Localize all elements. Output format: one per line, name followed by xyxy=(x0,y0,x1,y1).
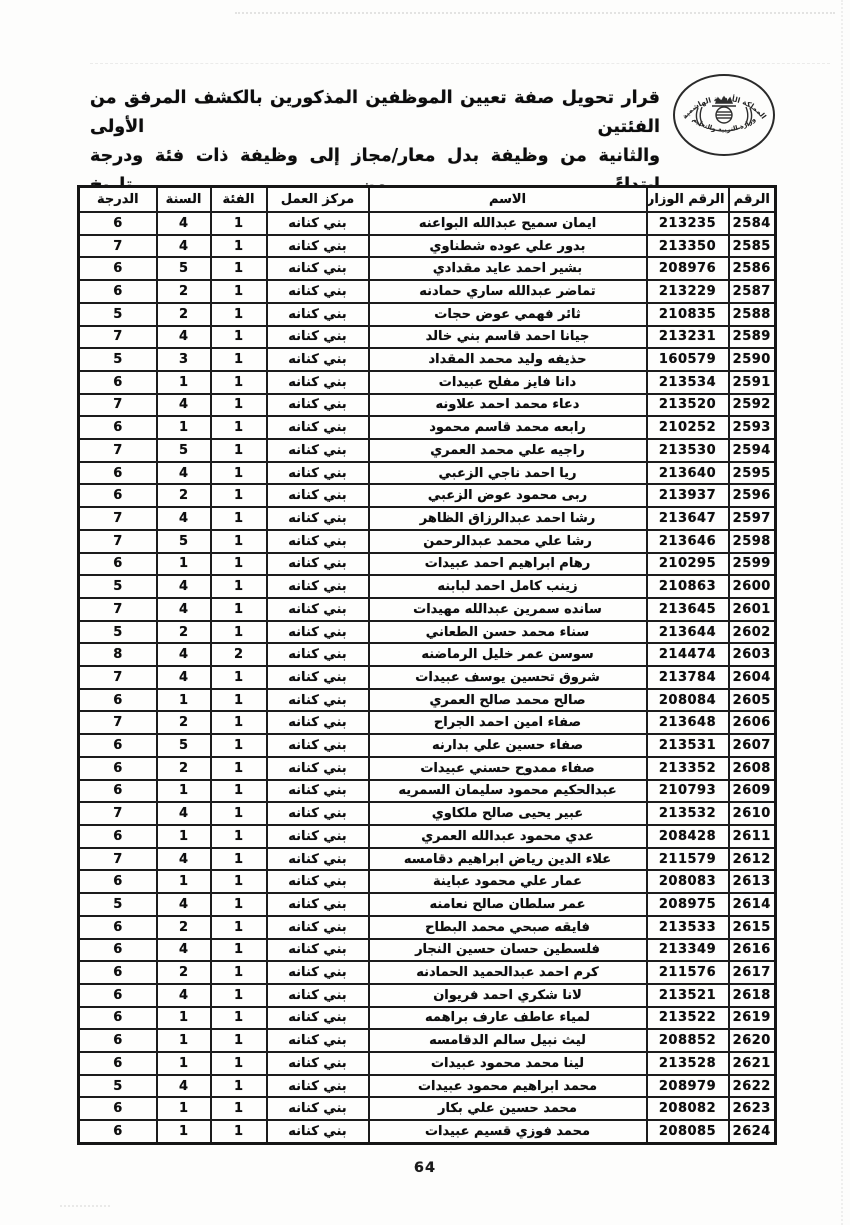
cell-name: محمد حسين علي بكار xyxy=(369,1097,647,1120)
cell-year: 4 xyxy=(157,462,211,485)
cell-ministry-number: 214474 xyxy=(647,643,729,666)
cell-grade: 6 xyxy=(79,462,157,485)
cell-name: ربى محمود عوض الزعبي xyxy=(369,484,647,507)
cell-ministry-number: 213235 xyxy=(647,212,729,235)
cell-name: رشا احمد عبدالرزاق الظاهر xyxy=(369,507,647,530)
cell-name: صفاء حسين علي بدارنه xyxy=(369,734,647,757)
cell-work-center: بني كنانه xyxy=(267,212,369,235)
cell-name: محمد ابراهيم محمود عبيدات xyxy=(369,1075,647,1098)
cell-name: دانا فايز مفلح عبيدات xyxy=(369,371,647,394)
cell-work-center: بني كنانه xyxy=(267,280,369,303)
cell-ministry-number: 210252 xyxy=(647,416,729,439)
cell-number: 2621 xyxy=(729,1052,776,1075)
cell-category: 1 xyxy=(211,939,267,962)
cell-work-center: بني كنانه xyxy=(267,984,369,1007)
cell-name: سوسن عمر خليل الرماضنه xyxy=(369,643,647,666)
cell-year: 4 xyxy=(157,802,211,825)
cell-work-center: بني كنانه xyxy=(267,825,369,848)
cell-work-center: بني كنانه xyxy=(267,416,369,439)
cell-year: 2 xyxy=(157,961,211,984)
cell-work-center: بني كنانه xyxy=(267,575,369,598)
cell-grade: 7 xyxy=(79,235,157,258)
decision-header-line1: قرار تحويل صفة تعيين الموظفين المذكورين … xyxy=(90,84,660,142)
cell-ministry-number: 213521 xyxy=(647,984,729,1007)
cell-number: 2599 xyxy=(729,553,776,576)
cell-grade: 6 xyxy=(79,553,157,576)
cell-ministry-number: 213528 xyxy=(647,1052,729,1075)
cell-name: ريا احمد ناجي الزعبي xyxy=(369,462,647,485)
cell-work-center: بني كنانه xyxy=(267,326,369,349)
cell-category: 2 xyxy=(211,643,267,666)
cell-number: 2598 xyxy=(729,530,776,553)
cell-ministry-number: 213645 xyxy=(647,598,729,621)
table-row: 2618213521لانا شكري احمد فريوانبني كنانه… xyxy=(79,984,776,1007)
table-row: 2604213784شروق تحسين يوسف عبيداتبني كنان… xyxy=(79,666,776,689)
cell-number: 2594 xyxy=(729,439,776,462)
cell-number: 2590 xyxy=(729,348,776,371)
cell-work-center: بني كنانه xyxy=(267,257,369,280)
cell-work-center: بني كنانه xyxy=(267,553,369,576)
cell-work-center: بني كنانه xyxy=(267,780,369,803)
cell-name: صالح محمد صالح العمري xyxy=(369,689,647,712)
cell-work-center: بني كنانه xyxy=(267,1097,369,1120)
cell-category: 1 xyxy=(211,666,267,689)
cell-ministry-number: 211579 xyxy=(647,848,729,871)
table-row: 2623208082محمد حسين علي بكاربني كنانه116 xyxy=(79,1097,776,1120)
cell-year: 5 xyxy=(157,257,211,280)
cell-ministry-number: 208976 xyxy=(647,257,729,280)
cell-ministry-number: 208082 xyxy=(647,1097,729,1120)
cell-ministry-number: 213533 xyxy=(647,916,729,939)
cell-category: 1 xyxy=(211,439,267,462)
table-row: 2598213646رشا علي محمد عبدالرحمنبني كنان… xyxy=(79,530,776,553)
cell-year: 5 xyxy=(157,439,211,462)
cell-work-center: بني كنانه xyxy=(267,1029,369,1052)
cell-grade: 5 xyxy=(79,348,157,371)
table-row: 2600210863زينب كامل احمد لبابنهبني كنانه… xyxy=(79,575,776,598)
cell-name: رشا علي محمد عبدالرحمن xyxy=(369,530,647,553)
cell-ministry-number: 208975 xyxy=(647,893,729,916)
cell-work-center: بني كنانه xyxy=(267,666,369,689)
cell-number: 2612 xyxy=(729,848,776,871)
cell-number: 2606 xyxy=(729,711,776,734)
cell-ministry-number: 210863 xyxy=(647,575,729,598)
cell-year: 1 xyxy=(157,416,211,439)
cell-grade: 7 xyxy=(79,439,157,462)
cell-grade: 5 xyxy=(79,1075,157,1098)
table-row: 2584213235ايمان سميح عبدالله البواعنهبني… xyxy=(79,212,776,235)
scanned-document-page: المملكة الأردنية الهاشمية وزارة التربية … xyxy=(0,0,850,1225)
cell-ministry-number: 210295 xyxy=(647,553,729,576)
cell-work-center: بني كنانه xyxy=(267,371,369,394)
cell-number: 2604 xyxy=(729,666,776,689)
cell-grade: 7 xyxy=(79,507,157,530)
cell-category: 1 xyxy=(211,802,267,825)
cell-work-center: بني كنانه xyxy=(267,757,369,780)
cell-grade: 6 xyxy=(79,870,157,893)
cell-number: 2622 xyxy=(729,1075,776,1098)
cell-number: 2616 xyxy=(729,939,776,962)
table-row: 2592213520دعاء محمد احمد علاونهبني كنانه… xyxy=(79,394,776,417)
cell-work-center: بني كنانه xyxy=(267,939,369,962)
cell-number: 2608 xyxy=(729,757,776,780)
cell-grade: 6 xyxy=(79,1007,157,1030)
column-header-ministry-number: الرقم الوزاري xyxy=(647,187,729,213)
cell-name: جيانا احمد قاسم بني خالد xyxy=(369,326,647,349)
column-header-work-center: مركز العمل xyxy=(267,187,369,213)
cell-number: 2623 xyxy=(729,1097,776,1120)
cell-category: 1 xyxy=(211,689,267,712)
cell-ministry-number: 213229 xyxy=(647,280,729,303)
cell-name: صفاء امين احمد الجراح xyxy=(369,711,647,734)
cell-ministry-number: 208852 xyxy=(647,1029,729,1052)
column-header-category: الفئة xyxy=(211,187,267,213)
cell-work-center: بني كنانه xyxy=(267,711,369,734)
cell-grade: 7 xyxy=(79,394,157,417)
cell-name: عمار علي محمود عباينة xyxy=(369,870,647,893)
cell-grade: 6 xyxy=(79,1120,157,1143)
cell-work-center: بني كنانه xyxy=(267,1120,369,1143)
cell-name: محمد فوزي قسيم عبيدات xyxy=(369,1120,647,1143)
cell-name: زينب كامل احمد لبابنه xyxy=(369,575,647,598)
cell-work-center: بني كنانه xyxy=(267,484,369,507)
cell-work-center: بني كنانه xyxy=(267,1052,369,1075)
cell-work-center: بني كنانه xyxy=(267,802,369,825)
cell-year: 2 xyxy=(157,280,211,303)
cell-category: 1 xyxy=(211,870,267,893)
cell-name: بدور علي عوده شطناوي xyxy=(369,235,647,258)
cell-work-center: بني كنانه xyxy=(267,507,369,530)
cell-category: 1 xyxy=(211,711,267,734)
cell-number: 2588 xyxy=(729,303,776,326)
cell-number: 2620 xyxy=(729,1029,776,1052)
table-row: 2585213350بدور علي عوده شطناويبني كنانه1… xyxy=(79,235,776,258)
cell-category: 1 xyxy=(211,280,267,303)
cell-name: فلسطين حسان حسين النجار xyxy=(369,939,647,962)
cell-category: 1 xyxy=(211,1029,267,1052)
cell-year: 1 xyxy=(157,780,211,803)
cell-year: 4 xyxy=(157,939,211,962)
cell-ministry-number: 210793 xyxy=(647,780,729,803)
cell-number: 2591 xyxy=(729,371,776,394)
table-row: 2602213644سناء محمد حسن الطعانيبني كنانه… xyxy=(79,621,776,644)
cell-ministry-number: 213231 xyxy=(647,326,729,349)
cell-number: 2614 xyxy=(729,893,776,916)
cell-number: 2615 xyxy=(729,916,776,939)
table-header-row: الرقم الرقم الوزاري الاسم مركز العمل الف… xyxy=(79,187,776,213)
cell-year: 1 xyxy=(157,1029,211,1052)
cell-grade: 8 xyxy=(79,643,157,666)
cell-grade: 7 xyxy=(79,666,157,689)
cell-grade: 6 xyxy=(79,757,157,780)
cell-ministry-number: 213648 xyxy=(647,711,729,734)
cell-ministry-number: 208428 xyxy=(647,825,729,848)
cell-ministry-number: 213640 xyxy=(647,462,729,485)
cell-category: 1 xyxy=(211,235,267,258)
cell-number: 2603 xyxy=(729,643,776,666)
cell-number: 2587 xyxy=(729,280,776,303)
cell-year: 4 xyxy=(157,575,211,598)
cell-ministry-number: 213350 xyxy=(647,235,729,258)
employee-roster-table: الرقم الرقم الوزاري الاسم مركز العمل الف… xyxy=(77,185,777,1145)
cell-category: 1 xyxy=(211,303,267,326)
cell-year: 1 xyxy=(157,1052,211,1075)
cell-category: 1 xyxy=(211,257,267,280)
cell-year: 2 xyxy=(157,484,211,507)
cell-number: 2592 xyxy=(729,394,776,417)
cell-year: 3 xyxy=(157,348,211,371)
column-header-year: السنة xyxy=(157,187,211,213)
cell-grade: 6 xyxy=(79,416,157,439)
cell-year: 2 xyxy=(157,303,211,326)
cell-ministry-number: 213646 xyxy=(647,530,729,553)
column-header-number: الرقم xyxy=(729,187,776,213)
cell-ministry-number: 213784 xyxy=(647,666,729,689)
cell-grade: 6 xyxy=(79,825,157,848)
cell-year: 4 xyxy=(157,984,211,1007)
cell-name: سانده سمرين عبدالله مهيدات xyxy=(369,598,647,621)
cell-work-center: بني كنانه xyxy=(267,689,369,712)
cell-grade: 6 xyxy=(79,689,157,712)
cell-year: 1 xyxy=(157,1120,211,1143)
cell-name: دعاء محمد احمد علاونه xyxy=(369,394,647,417)
cell-number: 2597 xyxy=(729,507,776,530)
cell-name: كرم احمد عبدالحميد الحمادنه xyxy=(369,961,647,984)
cell-year: 4 xyxy=(157,507,211,530)
cell-work-center: بني كنانه xyxy=(267,598,369,621)
cell-name: بشير احمد عايد مقدادي xyxy=(369,257,647,280)
cell-year: 1 xyxy=(157,1007,211,1030)
cell-grade: 6 xyxy=(79,984,157,1007)
cell-grade: 6 xyxy=(79,484,157,507)
cell-work-center: بني كنانه xyxy=(267,303,369,326)
cell-year: 2 xyxy=(157,621,211,644)
cell-number: 2610 xyxy=(729,802,776,825)
cell-category: 1 xyxy=(211,621,267,644)
cell-ministry-number: 211576 xyxy=(647,961,729,984)
cell-grade: 6 xyxy=(79,916,157,939)
table-row: 2589213231جيانا احمد قاسم بني خالدبني كن… xyxy=(79,326,776,349)
cell-year: 4 xyxy=(157,394,211,417)
cell-work-center: بني كنانه xyxy=(267,848,369,871)
scan-artifact xyxy=(235,12,835,14)
cell-number: 2586 xyxy=(729,257,776,280)
cell-name: ليث نبيل سالم الدقامسه xyxy=(369,1029,647,1052)
cell-category: 1 xyxy=(211,848,267,871)
cell-name: عمر سلطان صالح نعامنه xyxy=(369,893,647,916)
cell-name: رابعه محمد قاسم محمود xyxy=(369,416,647,439)
cell-category: 1 xyxy=(211,462,267,485)
cell-grade: 6 xyxy=(79,1029,157,1052)
cell-grade: 6 xyxy=(79,212,157,235)
cell-number: 2593 xyxy=(729,416,776,439)
cell-name: علاء الدين رياض ابراهيم دقامسه xyxy=(369,848,647,871)
table-row: 2587213229تماضر عبدالله ساري حمادنهبني ك… xyxy=(79,280,776,303)
cell-category: 1 xyxy=(211,598,267,621)
cell-grade: 7 xyxy=(79,530,157,553)
cell-year: 4 xyxy=(157,212,211,235)
cell-name: شروق تحسين يوسف عبيدات xyxy=(369,666,647,689)
table-row: 2591213534دانا فايز مفلح عبيداتبني كنانه… xyxy=(79,371,776,394)
cell-year: 1 xyxy=(157,825,211,848)
cell-ministry-number: 213644 xyxy=(647,621,729,644)
table-row: 2617211576كرم احمد عبدالحميد الحمادنهبني… xyxy=(79,961,776,984)
cell-year: 1 xyxy=(157,689,211,712)
cell-category: 1 xyxy=(211,371,267,394)
cell-work-center: بني كنانه xyxy=(267,961,369,984)
cell-ministry-number: 208979 xyxy=(647,1075,729,1098)
cell-number: 2605 xyxy=(729,689,776,712)
cell-year: 4 xyxy=(157,893,211,916)
cell-work-center: بني كنانه xyxy=(267,394,369,417)
cell-number: 2611 xyxy=(729,825,776,848)
cell-ministry-number: 160579 xyxy=(647,348,729,371)
cell-work-center: بني كنانه xyxy=(267,462,369,485)
cell-ministry-number: 213522 xyxy=(647,1007,729,1030)
table-row: 2619213522لمياء عاطف عارف براهمهبني كنان… xyxy=(79,1007,776,1030)
cell-number: 2601 xyxy=(729,598,776,621)
table-row: 2609210793عبدالحكيم محمود سليمان السمريه… xyxy=(79,780,776,803)
cell-work-center: بني كنانه xyxy=(267,530,369,553)
table-row: 2622208979محمد ابراهيم محمود عبيداتبني ك… xyxy=(79,1075,776,1098)
table-row: 2594213530راجيه علي محمد العمريبني كنانه… xyxy=(79,439,776,462)
cell-grade: 6 xyxy=(79,1052,157,1075)
cell-grade: 6 xyxy=(79,1097,157,1120)
cell-category: 1 xyxy=(211,326,267,349)
cell-grade: 6 xyxy=(79,780,157,803)
cell-category: 1 xyxy=(211,780,267,803)
cell-name: لمياء عاطف عارف براهمه xyxy=(369,1007,647,1030)
cell-number: 2607 xyxy=(729,734,776,757)
cell-category: 1 xyxy=(211,416,267,439)
cell-category: 1 xyxy=(211,553,267,576)
cell-name: سناء محمد حسن الطعاني xyxy=(369,621,647,644)
cell-ministry-number: 213349 xyxy=(647,939,729,962)
table-row: 2599210295رهام ابراهيم احمد عبيداتبني كن… xyxy=(79,553,776,576)
cell-year: 4 xyxy=(157,235,211,258)
cell-category: 1 xyxy=(211,1097,267,1120)
cell-year: 5 xyxy=(157,734,211,757)
table-row: 2607213531صفاء حسين علي بدارنهبني كنانه1… xyxy=(79,734,776,757)
cell-name: عبير يحيى صالح ملكاوي xyxy=(369,802,647,825)
table-row: 2610213532عبير يحيى صالح ملكاويبني كنانه… xyxy=(79,802,776,825)
scan-artifact xyxy=(60,1205,110,1207)
cell-ministry-number: 213937 xyxy=(647,484,729,507)
ministry-seal-icon: المملكة الأردنية الهاشمية وزارة التربية … xyxy=(668,70,780,160)
cell-work-center: بني كنانه xyxy=(267,235,369,258)
cell-category: 1 xyxy=(211,1052,267,1075)
cell-grade: 6 xyxy=(79,280,157,303)
cell-category: 1 xyxy=(211,212,267,235)
cell-work-center: بني كنانه xyxy=(267,870,369,893)
cell-category: 1 xyxy=(211,484,267,507)
cell-grade: 5 xyxy=(79,303,157,326)
cell-number: 2596 xyxy=(729,484,776,507)
cell-name: راجيه علي محمد العمري xyxy=(369,439,647,462)
cell-year: 4 xyxy=(157,598,211,621)
table-row: 2605208084صالح محمد صالح العمريبني كنانه… xyxy=(79,689,776,712)
table-row: 2621213528لينا محمد محمود عبيداتبني كنان… xyxy=(79,1052,776,1075)
cell-year: 4 xyxy=(157,326,211,349)
cell-name: عبدالحكيم محمود سليمان السمريه xyxy=(369,780,647,803)
cell-year: 4 xyxy=(157,666,211,689)
cell-grade: 7 xyxy=(79,598,157,621)
cell-grade: 6 xyxy=(79,961,157,984)
cell-name: عدي محمود عبدالله العمري xyxy=(369,825,647,848)
table-row: 2613208083عمار علي محمود عباينةبني كنانه… xyxy=(79,870,776,893)
cell-grade: 7 xyxy=(79,848,157,871)
column-header-name: الاسم xyxy=(369,187,647,213)
cell-year: 2 xyxy=(157,711,211,734)
cell-category: 1 xyxy=(211,916,267,939)
cell-number: 2602 xyxy=(729,621,776,644)
cell-grade: 7 xyxy=(79,711,157,734)
cell-category: 1 xyxy=(211,1120,267,1143)
cell-name: لانا شكري احمد فريوان xyxy=(369,984,647,1007)
cell-ministry-number: 208083 xyxy=(647,870,729,893)
cell-year: 4 xyxy=(157,1075,211,1098)
cell-work-center: بني كنانه xyxy=(267,348,369,371)
cell-ministry-number: 208085 xyxy=(647,1120,729,1143)
cell-number: 2589 xyxy=(729,326,776,349)
cell-category: 1 xyxy=(211,507,267,530)
table-row: 2588210835ثائر فهمي عوض حجاتبني كنانه125 xyxy=(79,303,776,326)
scan-artifact xyxy=(841,0,843,1225)
cell-ministry-number: 208084 xyxy=(647,689,729,712)
cell-year: 4 xyxy=(157,643,211,666)
cell-category: 1 xyxy=(211,734,267,757)
cell-ministry-number: 213520 xyxy=(647,394,729,417)
cell-category: 1 xyxy=(211,984,267,1007)
page-number: 64 xyxy=(0,1160,850,1176)
cell-number: 2585 xyxy=(729,235,776,258)
cell-year: 1 xyxy=(157,1097,211,1120)
cell-year: 1 xyxy=(157,553,211,576)
cell-category: 1 xyxy=(211,1007,267,1030)
cell-grade: 5 xyxy=(79,621,157,644)
cell-work-center: بني كنانه xyxy=(267,1075,369,1098)
cell-grade: 7 xyxy=(79,326,157,349)
table-row: 2590160579حذيفه وليد محمد المقدادبني كنا… xyxy=(79,348,776,371)
cell-grade: 5 xyxy=(79,893,157,916)
cell-name: رهام ابراهيم احمد عبيدات xyxy=(369,553,647,576)
cell-category: 1 xyxy=(211,1075,267,1098)
cell-name: ثائر فهمي عوض حجات xyxy=(369,303,647,326)
cell-ministry-number: 213530 xyxy=(647,439,729,462)
cell-grade: 7 xyxy=(79,802,157,825)
table-row: 2615213533فايقه صبحي محمد البطاحبني كنان… xyxy=(79,916,776,939)
table-row: 2603214474سوسن عمر خليل الرماضنهبني كنان… xyxy=(79,643,776,666)
cell-name: لينا محمد محمود عبيدات xyxy=(369,1052,647,1075)
table-row: 2611208428عدي محمود عبدالله العمريبني كن… xyxy=(79,825,776,848)
cell-work-center: بني كنانه xyxy=(267,439,369,462)
cell-work-center: بني كنانه xyxy=(267,916,369,939)
cell-name: ايمان سميح عبدالله البواعنه xyxy=(369,212,647,235)
cell-ministry-number: 213534 xyxy=(647,371,729,394)
table-row: 2608213352صفاء ممدوح حسني عبيداتبني كنان… xyxy=(79,757,776,780)
table-row: 2624208085محمد فوزي قسيم عبيداتبني كنانه… xyxy=(79,1120,776,1143)
table-row: 2597213647رشا احمد عبدالرزاق الظاهربني ك… xyxy=(79,507,776,530)
cell-year: 5 xyxy=(157,530,211,553)
table-body: 2584213235ايمان سميح عبدالله البواعنهبني… xyxy=(79,212,776,1144)
cell-number: 2624 xyxy=(729,1120,776,1143)
table-row: 2620208852ليث نبيل سالم الدقامسهبني كنان… xyxy=(79,1029,776,1052)
cell-category: 1 xyxy=(211,893,267,916)
cell-grade: 6 xyxy=(79,939,157,962)
table-row: 2601213645سانده سمرين عبدالله مهيداتبني … xyxy=(79,598,776,621)
table-row: 2595213640ريا احمد ناجي الزعبيبني كنانه1… xyxy=(79,462,776,485)
cell-number: 2618 xyxy=(729,984,776,1007)
